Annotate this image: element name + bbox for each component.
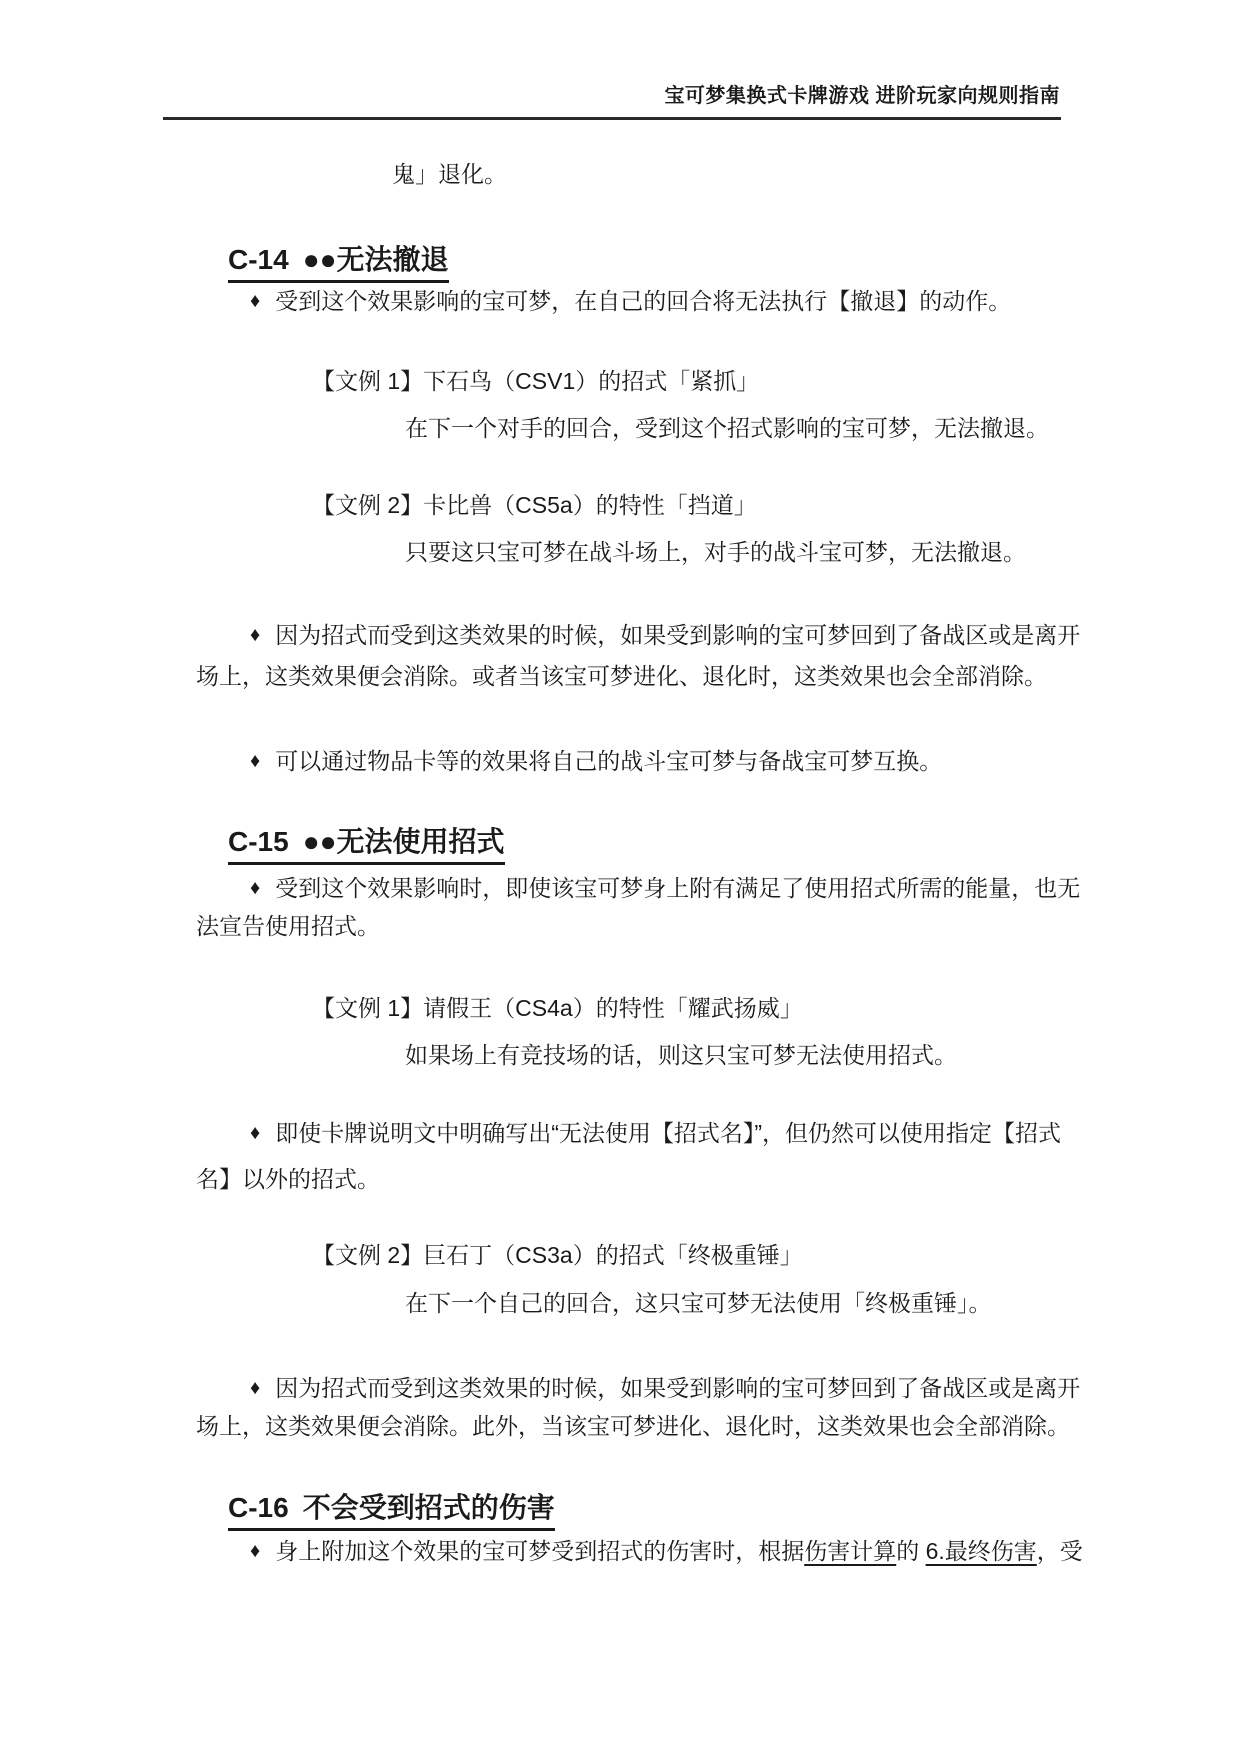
bullet-text: 受到这个效果影响时，即使该宝可梦身上附有满足了使用招式所需的能量，也无 [275,875,1080,901]
section-heading-c15: C-15●●无法使用招式 [228,824,505,865]
damage-calculation-link[interactable]: 伤害计算 [804,1538,896,1564]
example-description: 如果场上有竞技场的话，则这只宝可梦无法使用招式。 [405,1041,957,1070]
example-title: 【文例 1】下石鸟（CSV1）的招式「紧抓」 [312,367,759,396]
document-page: 宝可梦集换式卡牌游戏 进阶玩家向规则指南 鬼」退化。 C-14●●无法撤退 ♦受… [0,0,1241,1755]
bullet-text-continuation: 名】以外的招式。 [196,1165,380,1194]
heading-number: C-15 [228,826,289,857]
bullet-text: 受到这个效果影响的宝可梦，在自己的回合将无法执行【撤退】的动作。 [275,288,1011,314]
bullet-diamond-icon: ♦ [250,749,260,774]
bullet-diamond-icon: ♦ [250,1121,260,1146]
example-description: 只要这只宝可梦在战斗场上，对手的战斗宝可梦，无法撤退。 [405,538,1026,567]
example-description: 在下一个对手的回合，受到这个招式影响的宝可梦，无法撤退。 [405,414,1049,443]
final-damage-link[interactable]: 6.最终伤害 [926,1538,1037,1564]
heading-number: C-16 [228,1492,289,1523]
bullet-item: ♦受到这个效果影响的宝可梦，在自己的回合将无法执行【撤退】的动作。 [250,287,1011,316]
example-title: 【文例 2】巨石丁（CS3a）的招式「终极重锤」 [312,1241,803,1270]
page-header-title: 宝可梦集换式卡牌游戏 进阶玩家向规则指南 [664,84,1060,109]
header-divider [163,117,1061,120]
bullet-text: 可以通过物品卡等的效果将自己的战斗宝可梦与备战宝可梦互换。 [275,748,942,774]
bullet-text-continuation: 场上，这类效果便会消除。此外，当该宝可梦进化、退化时，这类效果也会全部消除。 [196,1412,1070,1441]
bullet-diamond-icon: ♦ [250,623,260,648]
bullet-item: ♦受到这个效果影响时，即使该宝可梦身上附有满足了使用招式所需的能量，也无 [250,874,1080,903]
continuation-text: 鬼」退化。 [392,160,507,189]
heading-title: ●●无法撤退 [303,244,449,275]
bullet-text-segment: 身上附加这个效果的宝可梦受到招式的伤害时，根据 [275,1538,804,1564]
bullet-diamond-icon: ♦ [250,289,260,314]
bullet-text-segment: 的 [896,1538,925,1564]
bullet-item: ♦可以通过物品卡等的效果将自己的战斗宝可梦与备战宝可梦互换。 [250,747,942,776]
bullet-text: 因为招式而受到这类效果的时候，如果受到影响的宝可梦回到了备战区或是离开 [275,1375,1080,1401]
heading-title: 不会受到招式的伤害 [303,1492,555,1523]
bullet-diamond-icon: ♦ [250,1376,260,1401]
bullet-diamond-icon: ♦ [250,876,260,901]
bullet-text: 因为招式而受到这类效果的时候，如果受到影响的宝可梦回到了备战区或是离开 [275,622,1080,648]
bullet-item: ♦因为招式而受到这类效果的时候，如果受到影响的宝可梦回到了备战区或是离开 [250,1374,1080,1403]
example-description: 在下一个自己的回合，这只宝可梦无法使用「终极重锤」。 [405,1289,992,1318]
section-heading-c14: C-14●●无法撤退 [228,242,449,283]
bullet-text: 即使卡牌说明文中明确写出“无法使用【招式名】”，但仍然可以使用指定【招式 [275,1120,1061,1146]
bullet-text-continuation: 法宣告使用招式。 [196,912,380,941]
example-title: 【文例 2】卡比兽（CS5a）的特性「挡道」 [312,491,757,520]
bullet-text-segment: ，受 [1037,1538,1083,1564]
section-heading-c16: C-16不会受到招式的伤害 [228,1490,555,1531]
bullet-text: 身上附加这个效果的宝可梦受到招式的伤害时，根据伤害计算的 6.最终伤害，受 [275,1538,1083,1564]
example-title: 【文例 1】请假王（CS4a）的特性「耀武扬威」 [312,994,803,1023]
bullet-item: ♦因为招式而受到这类效果的时候，如果受到影响的宝可梦回到了备战区或是离开 [250,621,1080,650]
bullet-diamond-icon: ♦ [250,1539,260,1564]
bullet-item: ♦即使卡牌说明文中明确写出“无法使用【招式名】”，但仍然可以使用指定【招式 [250,1119,1061,1148]
heading-number: C-14 [228,244,289,275]
bullet-item: ♦身上附加这个效果的宝可梦受到招式的伤害时，根据伤害计算的 6.最终伤害，受 [250,1537,1083,1566]
heading-title: ●●无法使用招式 [303,826,505,857]
bullet-text-continuation: 场上，这类效果便会消除。或者当该宝可梦进化、退化时，这类效果也会全部消除。 [196,662,1047,691]
